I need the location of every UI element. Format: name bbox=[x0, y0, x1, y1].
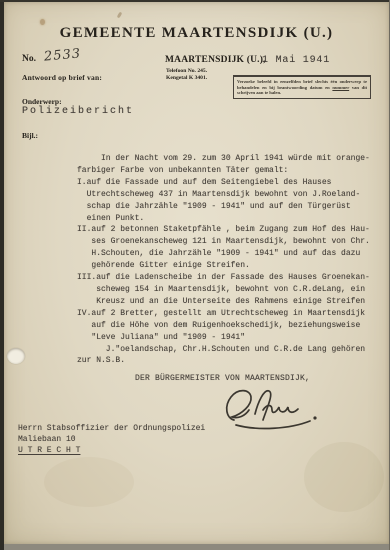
body-line: H.Schouten, die Jahrzähle "1909 - 1941" … bbox=[77, 248, 370, 260]
scanned-letter-page: GEMEENTE MAARTENSDIJK (U.) No. 2533 Antw… bbox=[0, 0, 390, 550]
scan-edge-left bbox=[0, 0, 4, 550]
body-line: scheweg 154 in Maartensdijk, bewohnt von… bbox=[77, 284, 370, 296]
signoff-line: DER BÜRGERMEISTER VON MAARTENSDIJK, bbox=[135, 374, 310, 383]
body-line: "Leve Juliana" und "1909 - 1941" bbox=[77, 332, 370, 344]
place-line: MAARTENSDIJK (U.), bbox=[165, 55, 266, 65]
area-code-line: Kengetal K 3401. bbox=[166, 75, 207, 81]
enclosures-label: Bijl.: bbox=[22, 131, 38, 140]
scan-edge-top bbox=[0, 0, 390, 2]
body-line: III.auf die Ladenscheibe in der Fassade … bbox=[77, 272, 370, 284]
punch-hole bbox=[7, 348, 25, 364]
recipient-line-1: Herrn Stabsoffizier der Ordnungspolizei bbox=[18, 423, 205, 434]
body-line: Utrechtscheweg 437 in Maartensdijk bewoh… bbox=[77, 189, 370, 201]
handwritten-number: 2533 bbox=[43, 46, 81, 64]
notice-underlined-word: nummer bbox=[332, 85, 349, 90]
recipient-line-2: Maliebaan 10 bbox=[18, 434, 205, 445]
body-line: farbiger Farbe von unbekannten Täter gem… bbox=[77, 165, 370, 177]
body-line: zur N.S.B. bbox=[77, 355, 370, 367]
body-line: In der Nacht vom 29. zum 30 April 1941 w… bbox=[77, 153, 370, 165]
typed-date: 1 Mai 1941 bbox=[262, 55, 330, 66]
body-line: ses Groenekanscheweg 121 in Maartensdijk… bbox=[77, 236, 370, 248]
telephone-line: Telefoon No. 245. bbox=[166, 68, 207, 74]
letterhead-notice-box: Verzoeke beleefd in eenzelfden brief sle… bbox=[233, 75, 371, 99]
body-line: Kreusz und an die Unterseite des Rahmens… bbox=[77, 296, 370, 308]
paper-stain bbox=[40, 19, 45, 25]
typewritten-body: In der Nacht vom 29. zum 30 April 1941 w… bbox=[77, 153, 370, 367]
body-line: J."oelandschap, Chr.H.Schouten und C.R.d… bbox=[77, 344, 370, 356]
body-line: II.auf 2 betonnen Staketpfähle , beim Zu… bbox=[77, 224, 370, 236]
body-line: I.auf die Fassade und auf dem Seitengieb… bbox=[77, 177, 370, 189]
subject-label: Onderwerp: bbox=[22, 97, 62, 106]
number-label: No. bbox=[22, 54, 36, 64]
body-line: schap die Jahrzähle "1909 - 1941" und au… bbox=[77, 201, 370, 213]
body-line: einen Punkt. bbox=[77, 213, 370, 225]
paper-sheet: GEMEENTE MAARTENSDIJK (U.) No. 2533 Antw… bbox=[4, 2, 389, 544]
paper-stain bbox=[117, 12, 123, 19]
body-line: IV.auf 2 Bretter, gestellt am Utrechtsch… bbox=[77, 308, 370, 320]
body-line: auf die Höhe von dem Ruigenhoekschedijk,… bbox=[77, 320, 370, 332]
recipient-block: Herrn Stabsoffizier der Ordnungspolizei … bbox=[18, 423, 205, 457]
paper-stain bbox=[304, 442, 384, 512]
recipient-city: U T R E C H T bbox=[18, 445, 205, 456]
paper-stain bbox=[44, 457, 134, 507]
reply-label: Antwoord op brief van: bbox=[22, 73, 102, 82]
letterhead-municipality: GEMEENTE MAARTENSDIJK (U.) bbox=[4, 25, 389, 42]
subject-value: Polizeibericht bbox=[22, 106, 134, 117]
body-line: gehörende Gitter einige Streifen. bbox=[77, 260, 370, 272]
signature bbox=[218, 384, 323, 432]
